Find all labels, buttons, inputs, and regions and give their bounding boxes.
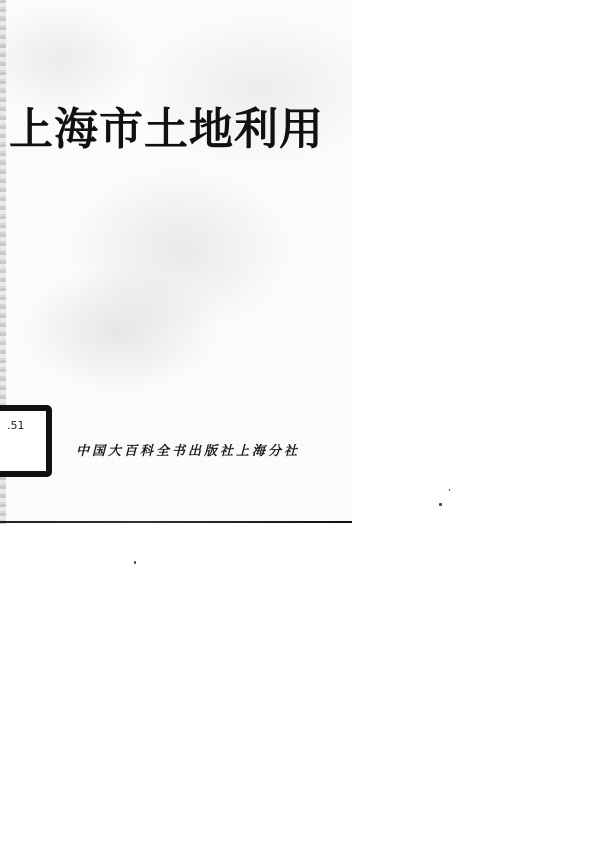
book-cover: 上海市土地利用 .51 中国大百科全书出版社上海分社: [0, 0, 352, 524]
call-number-label-box: .51: [0, 405, 52, 477]
publisher-name: 中国大百科全书出版社上海分社: [76, 440, 300, 459]
bottom-divider: [0, 521, 352, 523]
scan-speck: [439, 503, 442, 506]
scan-speck: [134, 561, 136, 564]
call-number-label: .51: [7, 419, 25, 432]
scan-speck: [449, 489, 450, 491]
book-title: 上海市土地利用: [9, 104, 324, 156]
